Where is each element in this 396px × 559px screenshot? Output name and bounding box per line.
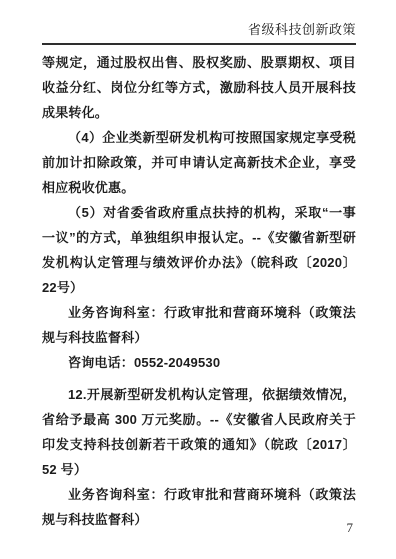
page-header-title: 省级科技创新政策 <box>42 22 356 45</box>
paragraph-continuation: 等规定，通过股权出售、股权奖励、股票期权、项目收益分红、岗位分红等方式，激励科技… <box>42 50 356 125</box>
document-body: 等规定，通过股权出售、股权奖励、股票期权、项目收益分红、岗位分红等方式，激励科技… <box>42 50 356 532</box>
paragraph-item-12: 12.开展新型研发机构认定管理，依据绩效情况，省给予最高 300 万元奖励。--… <box>42 382 356 482</box>
page-number: 7 <box>347 520 354 536</box>
paragraph-consult-phone: 咨询电话：0552-2049530 <box>42 350 356 375</box>
paragraph-consult-dept: 业务咨询科室：行政审批和营商环境科（政策法规与科技监督科） <box>42 300 356 350</box>
paragraph-item-5: （5）对省委省政府重点扶持的机构，采取“一事一议”的方式，单独组织申报认定。--… <box>42 200 356 300</box>
paragraph-item-4: （4）企业类新型研发机构可按照国家规定享受税前加计扣除政策，并可申请认定高新技术… <box>42 125 356 200</box>
paragraph-consult-dept-2: 业务咨询科室：行政审批和营商环境科（政策法规与科技监督科） <box>42 482 356 532</box>
document-page: 省级科技创新政策 等规定，通过股权出售、股权奖励、股票期权、项目收益分红、岗位分… <box>0 0 396 559</box>
